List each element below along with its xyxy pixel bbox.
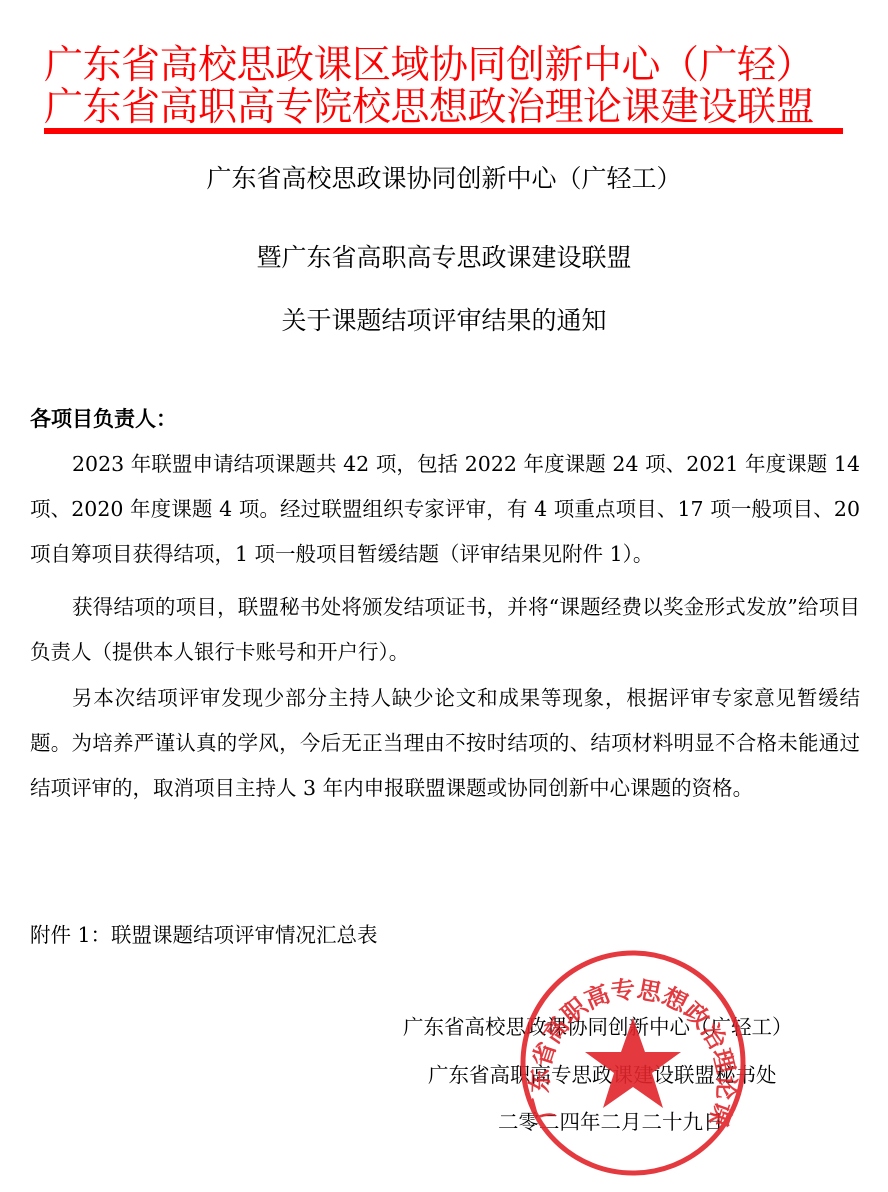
paragraph-3: 另本次结项评审发现少部分主持人缺少论文和成果等现象，根据评审专家意见暂缓结题。为… <box>30 676 860 811</box>
salutation: 各项目负责人： <box>30 403 177 433</box>
header-line-1: 广东省高校思政课区域协同创新中心（广轻） <box>44 44 814 88</box>
title-line-1: 广东省高校思政课协同创新中心（广轻工） <box>0 163 888 195</box>
attachment-note: 附件 1：联盟课题结项评审情况汇总表 <box>30 920 378 950</box>
title-line-3: 关于课题结项评审结果的通知 <box>0 305 888 337</box>
signature-org-2: 广东省高职高专思政课建设联盟秘书处 <box>428 1060 777 1090</box>
paragraph-1: 2023 年联盟申请结项课题共 42 项，包括 2022 年度课题 24 项、2… <box>30 442 860 577</box>
header-divider <box>44 128 843 134</box>
title-line-2: 暨广东省高职高专思政课建设联盟 <box>0 242 888 274</box>
header-line-2: 广东省高职高专院校思想政治理论课建设联盟 <box>44 86 814 130</box>
signature-org-1: 广东省高校思政课协同创新中心（广轻工） <box>403 1012 793 1042</box>
signature-date: 二零二四年二月二十九日 <box>498 1107 724 1137</box>
paragraph-2: 获得结项的项目，联盟秘书处将颁发结项证书，并将“课题经费以奖金形式发放”给项目负… <box>30 585 860 675</box>
